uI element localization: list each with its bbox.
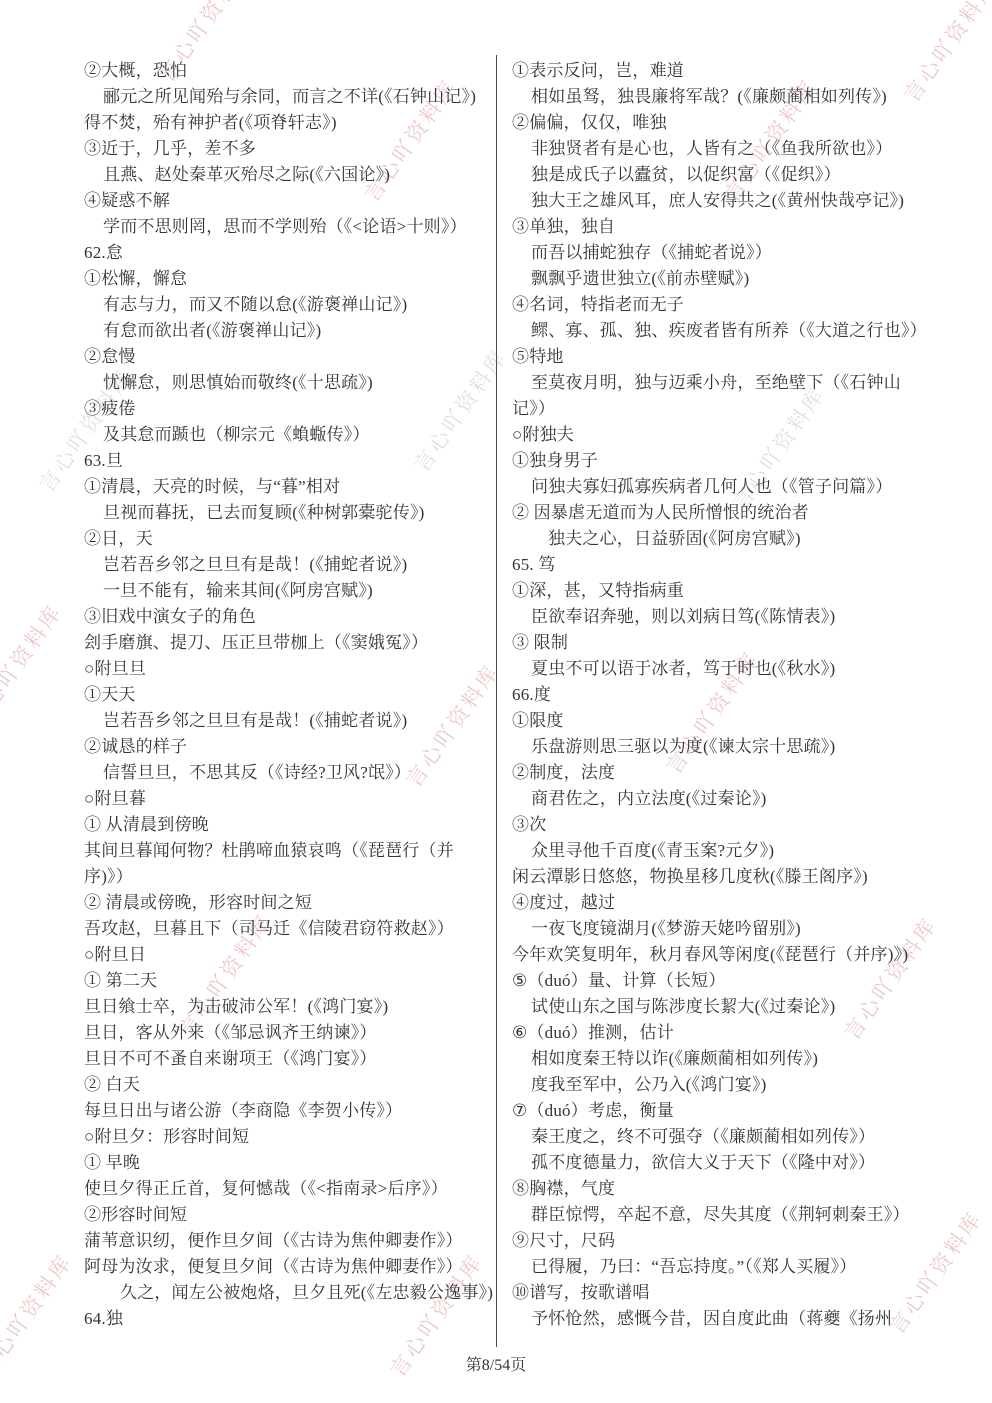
text-line: 学而不思则罔，思而不学则殆（《<论语>十则》）	[84, 214, 496, 240]
text-line: 予怀怆然，感慨今昔，因自度此曲（蒋夔《扬州	[512, 1306, 936, 1332]
text-line: 阿母为汝求，便复旦夕间（《古诗为焦仲卿妻作》）	[84, 1254, 496, 1280]
text-line: ○附旦暮	[84, 786, 496, 812]
text-line: 群臣惊愕，卒起不意，尽失其度（《荆轲刺秦王》）	[512, 1202, 936, 1228]
text-line: 众里寻他千百度(《青玉案?元夕》)	[512, 838, 936, 864]
text-line: ○附旦日	[84, 942, 496, 968]
text-line: 已得履，乃曰：“吾忘持度。”（《郑人买履》）	[512, 1254, 936, 1280]
text-line: ○附旦夕：形容时间短	[84, 1124, 496, 1150]
text-line: 64.独	[84, 1306, 496, 1332]
text-line: ②日，天	[84, 526, 496, 552]
text-line: 一旦不能有，输来其间(《阿房宫赋》)	[84, 578, 496, 604]
text-line: 岂若吾乡邻之旦旦有是哉！(《捕蛇者说》)	[84, 708, 496, 734]
right-column: ①表示反问，岂，难道相如虽驽，独畏廉将军哉？(《廉颇蔺相如列传》)②偏偏，仅仅，…	[512, 58, 936, 1332]
text-line: 62.怠	[84, 240, 496, 266]
text-line: ②制度，法度	[512, 760, 936, 786]
text-line: ① 早晚	[84, 1150, 496, 1176]
text-line: 孤不度德量力，欲信大义于天下（《隆中对》）	[512, 1150, 936, 1176]
text-line: 旦日，客从外来（《邹忌讽齐王纳谏》）	[84, 1020, 496, 1046]
text-line: 65. 笃	[512, 552, 936, 578]
text-line: 鳏、寡、孤、独、疾废者皆有所养（《大道之行也》）	[512, 318, 936, 344]
text-line: 今年欢笑复明年，秋月春风等闲度(《琵琶行（并序)》)	[512, 942, 936, 968]
text-line: ②大概，恐怕	[84, 58, 496, 84]
text-line: ⑦（duó）考虑，衡量	[512, 1098, 936, 1124]
text-line: ①松懈，懈怠	[84, 266, 496, 292]
text-line: ②偏偏，仅仅，唯独	[512, 110, 936, 136]
text-line: ①天天	[84, 682, 496, 708]
text-line: 忧懈怠，则思慎始而敬终(《十思疏》)	[84, 370, 496, 396]
text-line: 每旦日出与诸公游（李商隐《李贺小传》）	[84, 1098, 496, 1124]
text-line: 信誓旦旦，不思其反（《诗经?卫风?氓》）	[84, 760, 496, 786]
watermark-text: 言心吖资料库	[0, 597, 69, 732]
text-line: ①深，甚，又特指病重	[512, 578, 936, 604]
text-line: ③ 限制	[512, 630, 936, 656]
left-column: ②大概，恐怕郦元之所见闻殆与余同，而言之不详(《石钟山记》)得不焚，殆有神护者(…	[84, 58, 496, 1332]
text-line: ⑧胸襟，气度	[512, 1176, 936, 1202]
text-line: 有志与力，而又不随以怠(《游褒禅山记》)	[84, 292, 496, 318]
text-line: ⑤（duó）量、计算（长短）	[512, 968, 936, 994]
text-line: 相如虽驽，独畏廉将军哉？(《廉颇蔺相如列传》)	[512, 84, 936, 110]
text-line: 独是成氏子以蠹贫，以促织富（《促织》）	[512, 162, 936, 188]
text-line: 独夫之心，日益骄固(《阿房宫赋》)	[512, 526, 936, 552]
text-line: 序)》）	[84, 864, 496, 890]
text-line: 63.旦	[84, 448, 496, 474]
text-line: 相如度秦王特以诈(《廉颇蔺相如列传》)	[512, 1046, 936, 1072]
text-line: ⑨尺寸，尺码	[512, 1228, 936, 1254]
text-line: 试使山东之国与陈涉度长絜大(《过秦论》)	[512, 994, 936, 1020]
text-line: ○附旦旦	[84, 656, 496, 682]
text-line: 记》）	[512, 396, 936, 422]
text-line: ② 白天	[84, 1072, 496, 1098]
text-line: 独大王之雄风耳，庶人安得共之(《黄州快哉亭记》)	[512, 188, 936, 214]
text-line: 乐盘游则思三驱以为度(《谏太宗十思疏》)	[512, 734, 936, 760]
text-line: 度我至军中，公乃入(《鸿门宴》)	[512, 1072, 936, 1098]
text-line: 至莫夜月明，独与迈乘小舟，至绝壁下（《石钟山	[512, 370, 936, 396]
text-line: 得不焚，殆有神护者(《项脊轩志》)	[84, 110, 496, 136]
text-line: 久之，闻左公被炮烙，旦夕且死(《左忠毅公逸事》)	[84, 1280, 496, 1306]
text-line: 问独夫寡妇孤寡疾病者几何人也（《管子问篇》）	[512, 474, 936, 500]
text-line: ④名词，特指老而无子	[512, 292, 936, 318]
text-line: ③旧戏中演女子的角色	[84, 604, 496, 630]
text-line: ①表示反问，岂，难道	[512, 58, 936, 84]
text-line: ①清晨，天亮的时候，与“暮”相对	[84, 474, 496, 500]
text-line: 66.度	[512, 682, 936, 708]
text-line: ②形容时间短	[84, 1202, 496, 1228]
text-line: ② 因暴虐无道而为人民所憎恨的统治者	[512, 500, 936, 526]
text-line: ④疑惑不解	[84, 188, 496, 214]
text-line: ②诚恳的样子	[84, 734, 496, 760]
text-line: ④度过，越过	[512, 890, 936, 916]
text-line: ○附独夫	[512, 422, 936, 448]
text-line: 岂若吾乡邻之旦旦有是哉！(《捕蛇者说》)	[84, 552, 496, 578]
text-line: 蒲苇意识纫，便作旦夕间（《古诗为焦仲卿妻作》）	[84, 1228, 496, 1254]
text-line: ⑥（duó）推测，估计	[512, 1020, 936, 1046]
text-line: ① 第二天	[84, 968, 496, 994]
text-line: 及其怠而踬也（柳宗元《蝜蝂传》）	[84, 422, 496, 448]
text-line: ② 清晨或傍晚，形容时间之短	[84, 890, 496, 916]
page-number: 第8/54页	[0, 1352, 992, 1375]
text-line: 闲云潭影日悠悠，物换星移几度秋(《滕王阁序》)	[512, 864, 936, 890]
document-page: 言心吖资料库言心吖资料库言心吖资料库言心吖资料库言心吖资料库言心吖资料库言心吖资…	[0, 0, 992, 1403]
column-divider	[496, 55, 497, 1347]
text-line: 吾攻赵，旦暮且下（司马迁《信陵君窃符救赵》）	[84, 916, 496, 942]
text-line: ⑤特地	[512, 344, 936, 370]
text-line: 有怠而欲出者(《游褒禅山记》)	[84, 318, 496, 344]
text-line: 郦元之所见闻殆与余同，而言之不详(《石钟山记》)	[84, 84, 496, 110]
text-line: 且燕、赵处秦革灭殆尽之际(《六国论》)	[84, 162, 496, 188]
text-line: 一夜飞度镜湖月(《梦游天姥吟留别》)	[512, 916, 936, 942]
text-line: ③疲倦	[84, 396, 496, 422]
text-line: 旦日飨士卒，为击破沛公军！(《鸿门宴》)	[84, 994, 496, 1020]
text-line: 而吾以捕蛇独存（《捕蛇者说》）	[512, 240, 936, 266]
text-line: 飘飘乎遗世独立(《前赤壁赋》)	[512, 266, 936, 292]
text-line: ③单独，独自	[512, 214, 936, 240]
text-line: 其间旦暮闻何物？杜鹃啼血猿哀鸣（《琵琶行（并	[84, 838, 496, 864]
text-line: ②怠慢	[84, 344, 496, 370]
text-line: 使旦夕得正丘首，复何憾哉（《<指南录>后序》）	[84, 1176, 496, 1202]
text-line: 旦视而暮抚，已去而复顾(《种树郭橐驼传》)	[84, 500, 496, 526]
text-line: 臣欲奉诏奔驰，则以刘病日笃(《陈情表》)	[512, 604, 936, 630]
text-line: ①独身男子	[512, 448, 936, 474]
text-line: 夏虫不可以语于冰者，笃于时也(《秋水》)	[512, 656, 936, 682]
text-line: ③近于，几乎，差不多	[84, 136, 496, 162]
text-line: 刽手磨旗、提刀、压正旦带枷上（《窦娥冤》）	[84, 630, 496, 656]
text-line: ③次	[512, 812, 936, 838]
text-line: ① 从清晨到傍晚	[84, 812, 496, 838]
text-line: 非独贤者有是心也，人皆有之（《鱼我所欲也》）	[512, 136, 936, 162]
text-line: ⑩谱写，按歌谱唱	[512, 1280, 936, 1306]
text-line: 商君佐之，内立法度(《过秦论》)	[512, 786, 936, 812]
text-line: 旦日不可不蚤自来谢项王（《鸿门宴》）	[84, 1046, 496, 1072]
text-line: 秦王度之，终不可强夺（《廉颇蔺相如列传》）	[512, 1124, 936, 1150]
text-line: ①限度	[512, 708, 936, 734]
